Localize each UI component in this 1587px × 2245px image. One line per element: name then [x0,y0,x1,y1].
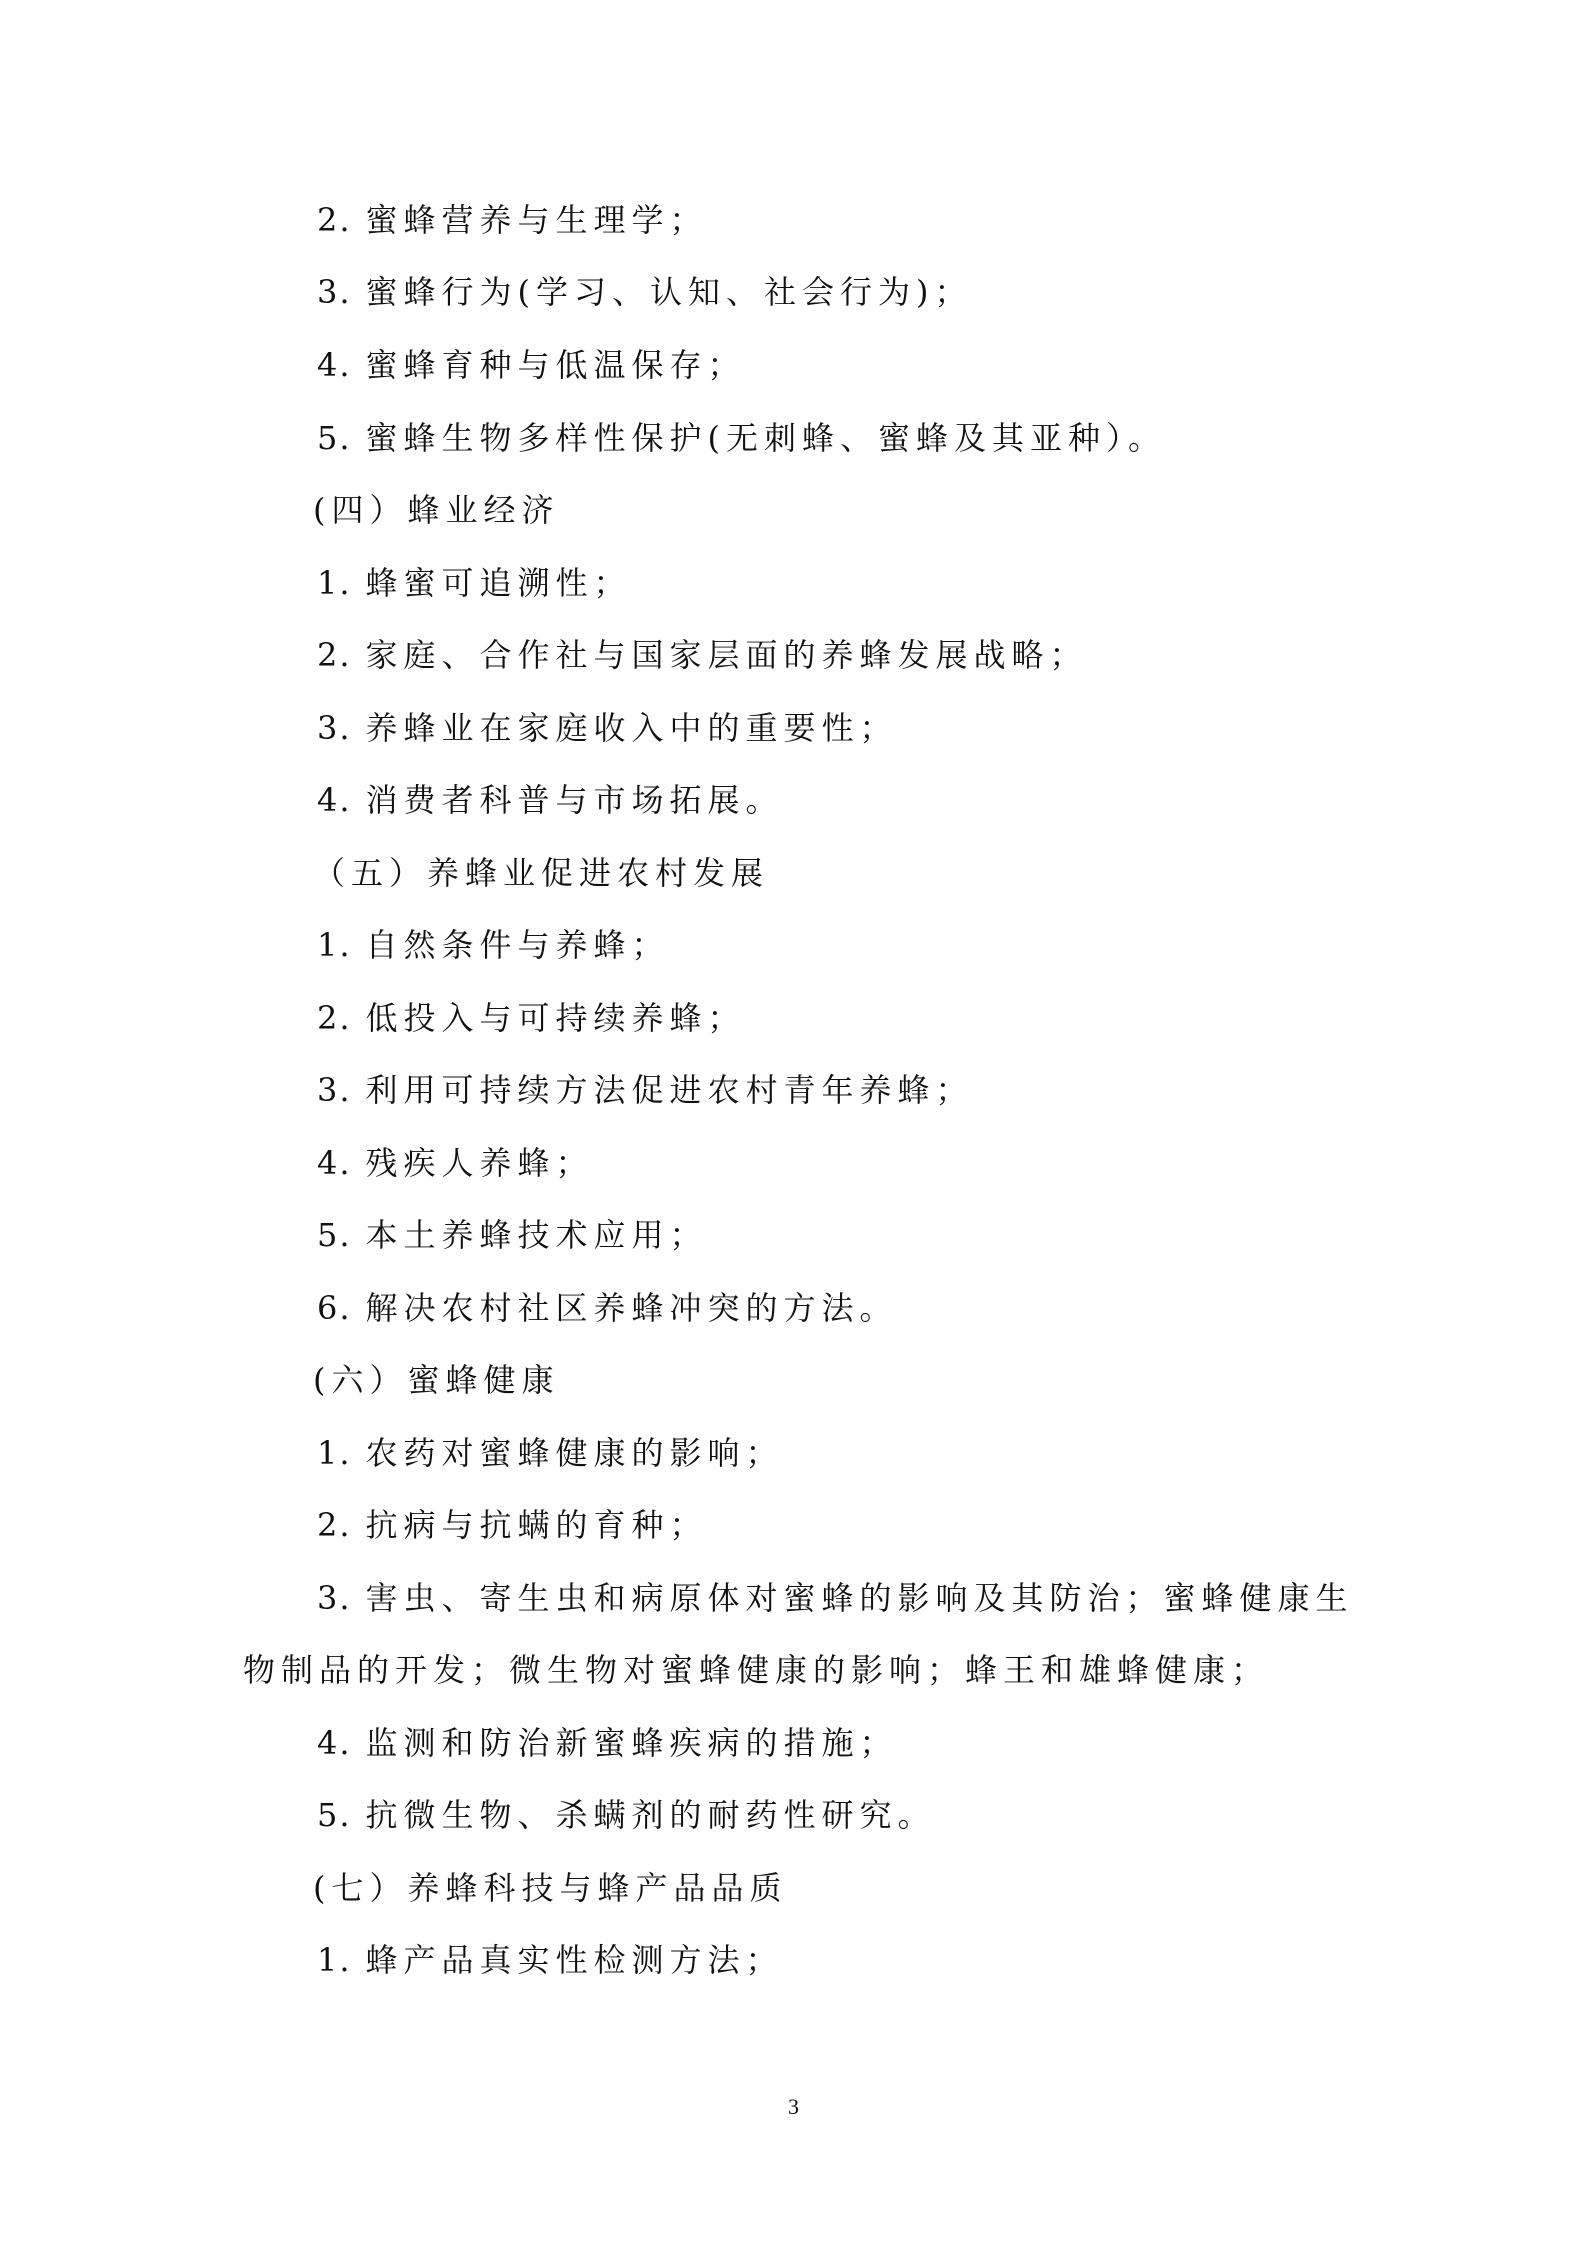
list-item: 1.蜂产品真实性检测方法； [317,1940,784,1980]
list-item: 3.害虫、寄生虫和病原体对蜜蜂的影响及其防治；蜜蜂健康生 [317,1578,1354,1618]
list-item: 4.蜜蜂育种与低温保存； [317,345,746,385]
section-heading: (四）蜂业经济 [313,490,560,530]
item-number: 6. [317,1288,352,1328]
item-number: 3. [317,1578,352,1618]
item-text: 解决农村社区养蜂冲突的方法。 [366,1289,898,1327]
item-number: 5. [317,418,352,458]
list-item: 1.农药对蜜蜂健康的影响； [317,1433,784,1473]
list-item: 4.残疾人养蜂； [317,1143,594,1183]
item-text: 蜜蜂行为(学习、认知、社会行为)； [366,273,973,311]
item-number: 1. [317,1940,352,1980]
item-number: 2. [317,998,352,1038]
section-heading: (六）蜜蜂健康 [313,1360,560,1400]
list-item-continuation: 物制品的开发；微生物对蜜蜂健康的影响；蜂王和雄蜂健康； [243,1650,1269,1690]
list-item: 3.养蜂业在家庭收入中的重要性； [317,708,898,748]
item-text: 养蜂业在家庭收入中的重要性； [366,709,898,747]
list-item: 3.蜜蜂行为(学习、认知、社会行为)； [317,272,973,312]
item-text: 低投入与可持续养蜂； [366,999,746,1037]
list-item: 4.监测和防治新蜜蜂疾病的措施； [317,1723,898,1763]
item-number: 4. [317,1143,352,1183]
item-text: 蜂产品真实性检测方法； [366,1941,784,1979]
item-text: 自然条件与养蜂； [366,926,670,964]
item-text: 家庭、合作社与国家层面的养蜂发展战略； [366,636,1088,674]
item-text: 蜂蜜可追溯性； [366,564,632,602]
item-number: 3. [317,1070,352,1110]
section-heading: （五）养蜂业促进农村发展 [313,853,769,893]
item-text: 监测和防治新蜜蜂疾病的措施； [366,1724,898,1762]
item-text: 农药对蜜蜂健康的影响； [366,1434,784,1472]
list-item: 1.蜂蜜可追溯性； [317,563,632,603]
item-number: 2. [317,1505,352,1545]
list-item: 1.自然条件与养蜂； [317,925,670,965]
document-page: 2.蜜蜂营养与生理学； 3.蜜蜂行为(学习、认知、社会行为)； 4.蜜蜂育种与低… [0,0,1587,2245]
item-number: 1. [317,925,352,965]
list-item: 2.低投入与可持续养蜂； [317,998,746,1038]
list-item: 5.本土养蜂技术应用； [317,1215,708,1255]
item-text: 蜜蜂育种与低温保存； [366,346,746,384]
item-number: 5. [317,1215,352,1255]
item-number: 4. [317,780,352,820]
item-number: 5. [317,1795,352,1835]
item-text: 抗微生物、杀螨剂的耐药性研究。 [366,1796,936,1834]
item-number: 3. [317,272,352,312]
list-item: 3.利用可持续方法促进农村青年养蜂； [317,1070,974,1110]
list-item: 2.蜜蜂营养与生理学； [317,200,708,240]
item-text: 利用可持续方法促进农村青年养蜂； [366,1071,974,1109]
section-heading: (七）养蜂科技与蜂产品品质 [313,1868,788,1908]
item-number: 1. [317,563,352,603]
list-item: 2.抗病与抗螨的育种； [317,1505,708,1545]
item-text: 抗病与抗螨的育种； [366,1506,708,1544]
list-item: 5.蜜蜂生物多样性保护(无刺蜂、蜜蜂及其亚种）。 [317,418,1166,458]
list-item: 2.家庭、合作社与国家层面的养蜂发展战略； [317,635,1088,675]
list-item: 5.抗微生物、杀螨剂的耐药性研究。 [317,1795,936,1835]
list-item: 6.解决农村社区养蜂冲突的方法。 [317,1288,898,1328]
item-number: 3. [317,708,352,748]
item-text: 残疾人养蜂； [366,1144,594,1182]
item-number: 2. [317,200,352,240]
page-number: 3 [0,2094,1587,2120]
item-text: 蜜蜂生物多样性保护(无刺蜂、蜜蜂及其亚种）。 [366,419,1167,457]
list-item: 4.消费者科普与市场拓展。 [317,780,784,820]
item-number: 1. [317,1433,352,1473]
item-number: 2. [317,635,352,675]
item-text: 蜜蜂营养与生理学； [366,201,708,239]
item-text: 消费者科普与市场拓展。 [366,781,784,819]
item-text: 害虫、寄生虫和病原体对蜜蜂的影响及其防治；蜜蜂健康生 [366,1579,1354,1617]
item-number: 4. [317,345,352,385]
item-text: 本土养蜂技术应用； [366,1216,708,1254]
item-number: 4. [317,1723,352,1763]
